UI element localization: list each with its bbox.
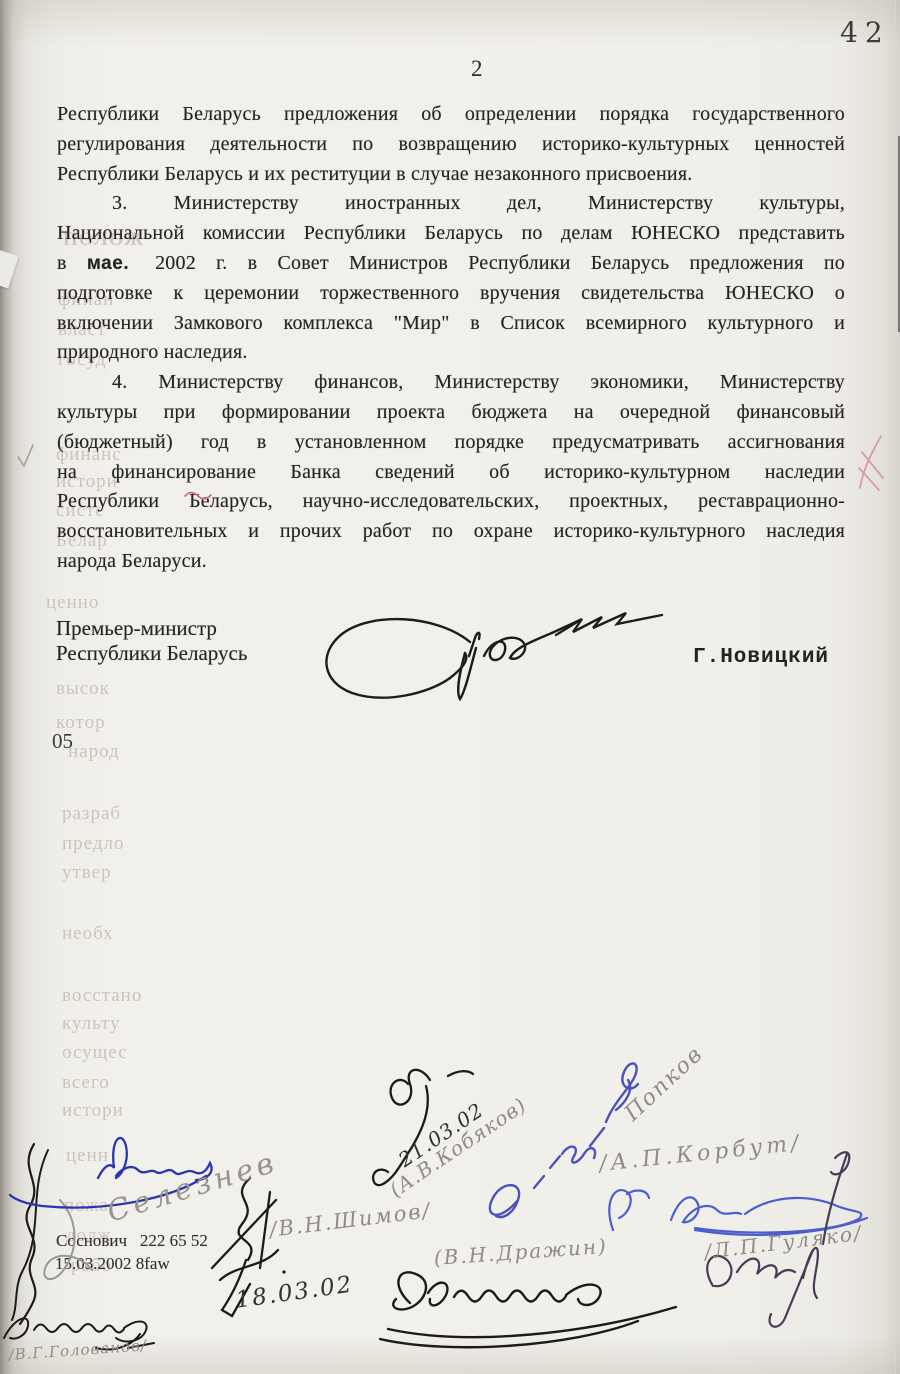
text-line-10: 4. Министерству финансов, Министерству э… [57, 368, 845, 398]
bleedthrough-fragment: котор [56, 712, 106, 734]
text-line-14: Республики Беларусь, научно-исследовател… [57, 487, 845, 517]
signer-post-line1: Премьер-министр [56, 616, 247, 641]
contact-name-phone: Соснович 222 65 52 [56, 1231, 208, 1251]
line6-prefix: в [57, 252, 67, 274]
bleedthrough-fragment: высок [56, 678, 110, 700]
bleedthrough-fragment: восстано [62, 985, 142, 1007]
text-line-6: в мае.2002 г. в Совет Министров Республи… [57, 249, 845, 279]
signature-popkov [478, 1050, 643, 1230]
text-line-5: Национальной комиссии Республики Беларус… [57, 219, 845, 249]
page-number: 2 [471, 56, 483, 82]
pencil-annotation-gulyako: /Л.П.Гуляко/ [703, 1221, 864, 1264]
bleedthrough-fragment: всего [62, 1072, 110, 1094]
contact-date-code: 15.03.2002 8faw [55, 1254, 170, 1274]
text-line-16: народа Беларуси. [57, 547, 845, 577]
text-line-11: культуры при формировании проекта бюджет… [57, 398, 845, 428]
bleedthrough-fragment: пожа [64, 1195, 109, 1217]
handwritten-date-shimov: 18.03.02 [234, 1272, 355, 1314]
text-line-9: природного наследия. [57, 338, 845, 368]
text-line-12: (бюджетный) год в установленном порядке … [57, 428, 845, 458]
bleedthrough-fragment: предло [62, 833, 125, 855]
pencil-annotation-drazhin: (В.Н.Дражин) [433, 1234, 608, 1270]
pencil-annotation-popkov: Попков [620, 1041, 709, 1126]
signature-premier [318, 606, 663, 706]
bleedthrough-fragment: осущес [62, 1042, 128, 1064]
margin-red-scribble [852, 432, 890, 498]
margin-checkmark [16, 442, 36, 470]
bleedthrough-fragment: ценно [46, 592, 99, 614]
bleedthrough-fragment: ценн [66, 1145, 109, 1167]
bleedthrough-fragment: культу [62, 1013, 121, 1035]
signer-post: Премьер-министр Республики Беларусь [56, 616, 247, 666]
signer-name: Г.Новицкий [693, 646, 829, 669]
paper-edge-line [895, 0, 896, 1374]
text-line-4: 3. Министерству иностранных дел, Министе… [57, 189, 845, 219]
text-line-8: включении Замкового комплекса "Мир" в Сп… [57, 309, 845, 339]
binding-notch [0, 249, 19, 288]
text-line-13: на финансирование Банка сведений об исто… [57, 458, 845, 488]
bleedthrough-fragment: разраб [62, 803, 121, 825]
line6-rest: 2002 г. в Совет Министров Республики Бел… [155, 252, 845, 274]
bleedthrough-fragment: утвер [62, 862, 112, 884]
text-line-15: восстановительных и прочих работ по охра… [57, 517, 845, 547]
pencil-annotation-seleznev: Селезнев [103, 1145, 281, 1229]
document-text: Республики Беларусь предложения об опред… [57, 100, 845, 577]
bleedthrough-fragment: народ [68, 741, 120, 763]
bleedthrough-fragment: необх [62, 923, 114, 945]
text-line-7: подготовке к церемонии торжественного вр… [57, 279, 845, 309]
scanned-document-page: 42 2 05 ПОЛОЖ финан власт госуд финанс и… [0, 0, 900, 1374]
signature-drazhin [380, 1255, 690, 1350]
text-line-2: регулирования деятельности по возвращени… [57, 130, 845, 160]
pencil-annotation-korbut: /А.П.Корбут/ [598, 1131, 804, 1177]
pencil-annotation-golovanov: /В.Г.Голованов/ [8, 1336, 147, 1364]
archive-page-number: 42 [840, 16, 890, 49]
text-line-1: Республики Беларусь предложения об опред… [57, 100, 845, 130]
bleedthrough-fragment: истори [62, 1100, 124, 1122]
inserted-month: мае. [87, 253, 129, 274]
signer-post-line2: Республики Беларусь [56, 641, 247, 666]
text-line-3: Республики Беларусь и их реституции в сл… [57, 160, 845, 190]
pencil-annotation-shimov: /В.Н.Шимов/ [268, 1198, 433, 1242]
